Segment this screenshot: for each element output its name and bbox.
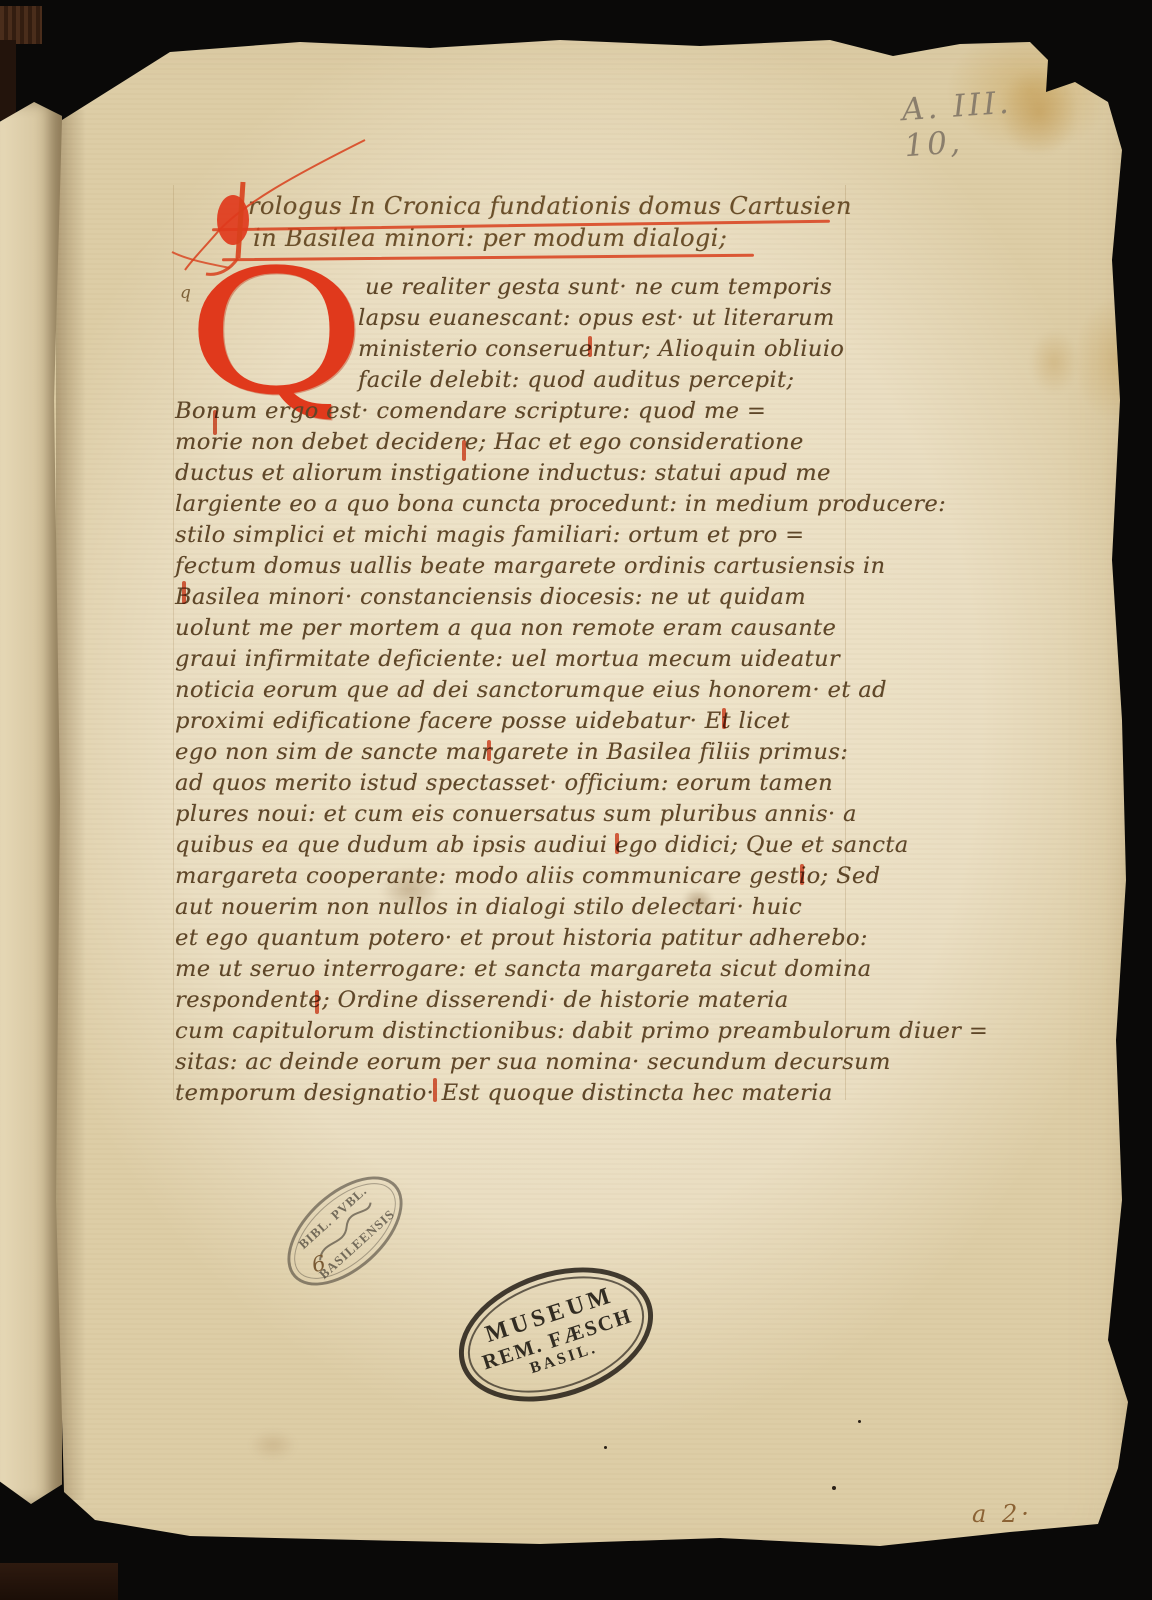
manuscript-line: ductus et aliorum instigatione inductus:… bbox=[175, 458, 850, 489]
rubric-flourish bbox=[80, 110, 480, 290]
basel-library-stamp: BIBL. PVBL. BASILEENSIS bbox=[268, 1156, 423, 1306]
rubric-stroke bbox=[213, 410, 217, 435]
manuscript-line: Basilea minori· constanciensis diocesis:… bbox=[175, 582, 850, 613]
binding-headband bbox=[0, 6, 42, 44]
rubric-stroke bbox=[800, 864, 804, 885]
binding-tailband bbox=[0, 1563, 118, 1600]
rubric-stroke bbox=[462, 440, 466, 461]
manuscript-line: graui infirmitate deficiente: uel mortua… bbox=[175, 644, 850, 675]
manuscript-line: sitas: ac deinde eorum per sua nomina· s… bbox=[175, 1047, 850, 1078]
manuscript-line: temporum designatio· Est quoque distinct… bbox=[175, 1078, 850, 1109]
rubric-stroke bbox=[588, 336, 592, 357]
stamp-inner-ring bbox=[278, 1166, 413, 1297]
manuscript-line: ue realiter gesta sunt· ne cum temporis bbox=[175, 272, 850, 303]
stain bbox=[250, 1430, 296, 1460]
manuscript-line: respondente; Ordine disserendi· de histo… bbox=[175, 985, 850, 1016]
rubric-stroke bbox=[615, 833, 619, 854]
manuscript-line: aut nouerim non nullos in dialogi stilo … bbox=[175, 892, 850, 923]
manuscript-line: quibus ea que dudum ab ipsis audiui ego … bbox=[175, 830, 850, 861]
manuscript-line: largiente eo a quo bona cuncta procedunt… bbox=[175, 489, 850, 520]
stamp-inner-ring bbox=[453, 1255, 659, 1413]
faesch-museum-stamp: MUSEUM REM. FÆSCH BASIL. bbox=[442, 1244, 671, 1425]
rubric-stroke bbox=[487, 740, 491, 761]
manuscript-line: me ut seruo interrogare: et sancta marga… bbox=[175, 954, 850, 985]
manuscript-line: fectum domus uallis beate margarete ordi… bbox=[175, 551, 850, 582]
ruling-line-left bbox=[173, 185, 174, 1100]
gutter-shadow bbox=[56, 110, 86, 1500]
manuscript-line: ad quos merito istud spectasset· officiu… bbox=[175, 768, 850, 799]
speck bbox=[858, 1420, 861, 1423]
manuscript-line: stilo simplici et michi magis familiari:… bbox=[175, 520, 850, 551]
manuscript-line: ministerio conseruentur; Alioquin obliui… bbox=[175, 334, 850, 365]
manuscript-line: et ego quantum potero· et prout historia… bbox=[175, 923, 850, 954]
parchment-page: A. III. 10, 1v rologus In Cronica fundat… bbox=[0, 0, 1152, 1600]
manuscript-line: morie non debet decidere; Hac et ego con… bbox=[175, 427, 850, 458]
quire-signature: a 2· bbox=[972, 1500, 1033, 1528]
stain bbox=[1030, 330, 1078, 394]
speck bbox=[604, 1446, 607, 1449]
speck bbox=[832, 1486, 836, 1490]
manuscript-line: ego non sim de sancte margarete in Basil… bbox=[175, 737, 850, 768]
manuscript-text-block: ue realiter gesta sunt· ne cum temporisl… bbox=[175, 272, 850, 1109]
manuscript-line: proximi edificatione facere posse uideba… bbox=[175, 706, 850, 737]
rubric-stroke bbox=[433, 1078, 437, 1102]
manuscript-line: lapsu euanescant: opus est· ut literarum bbox=[175, 303, 850, 334]
rubric-stroke bbox=[315, 990, 319, 1014]
manuscript-line: cum capitulorum distinctionibus: dabit p… bbox=[175, 1016, 850, 1047]
rubric-stroke bbox=[722, 708, 726, 729]
manuscript-line: plures noui: et cum eis conuersatus sum … bbox=[175, 799, 850, 830]
manuscript-line: facile delebit: quod auditus percepit; bbox=[175, 365, 850, 396]
manuscript-photo: A. III. 10, 1v rologus In Cronica fundat… bbox=[0, 0, 1152, 1600]
previous-page-edge bbox=[0, 102, 62, 1504]
binding-spine bbox=[0, 40, 16, 120]
shelfmark: A. III. 10, bbox=[901, 80, 1086, 164]
manuscript-line: uolunt me per mortem a qua non remote er… bbox=[175, 613, 850, 644]
manuscript-line: margareta cooperante: modo aliis communi… bbox=[175, 861, 850, 892]
folio-mark: 1v bbox=[1069, 64, 1089, 83]
rubric-stroke bbox=[182, 581, 186, 604]
manuscript-line: Bonum ergo est· comendare scripture: quo… bbox=[175, 396, 850, 427]
manuscript-line: noticia eorum que ad dei sanctorumque ei… bbox=[175, 675, 850, 706]
